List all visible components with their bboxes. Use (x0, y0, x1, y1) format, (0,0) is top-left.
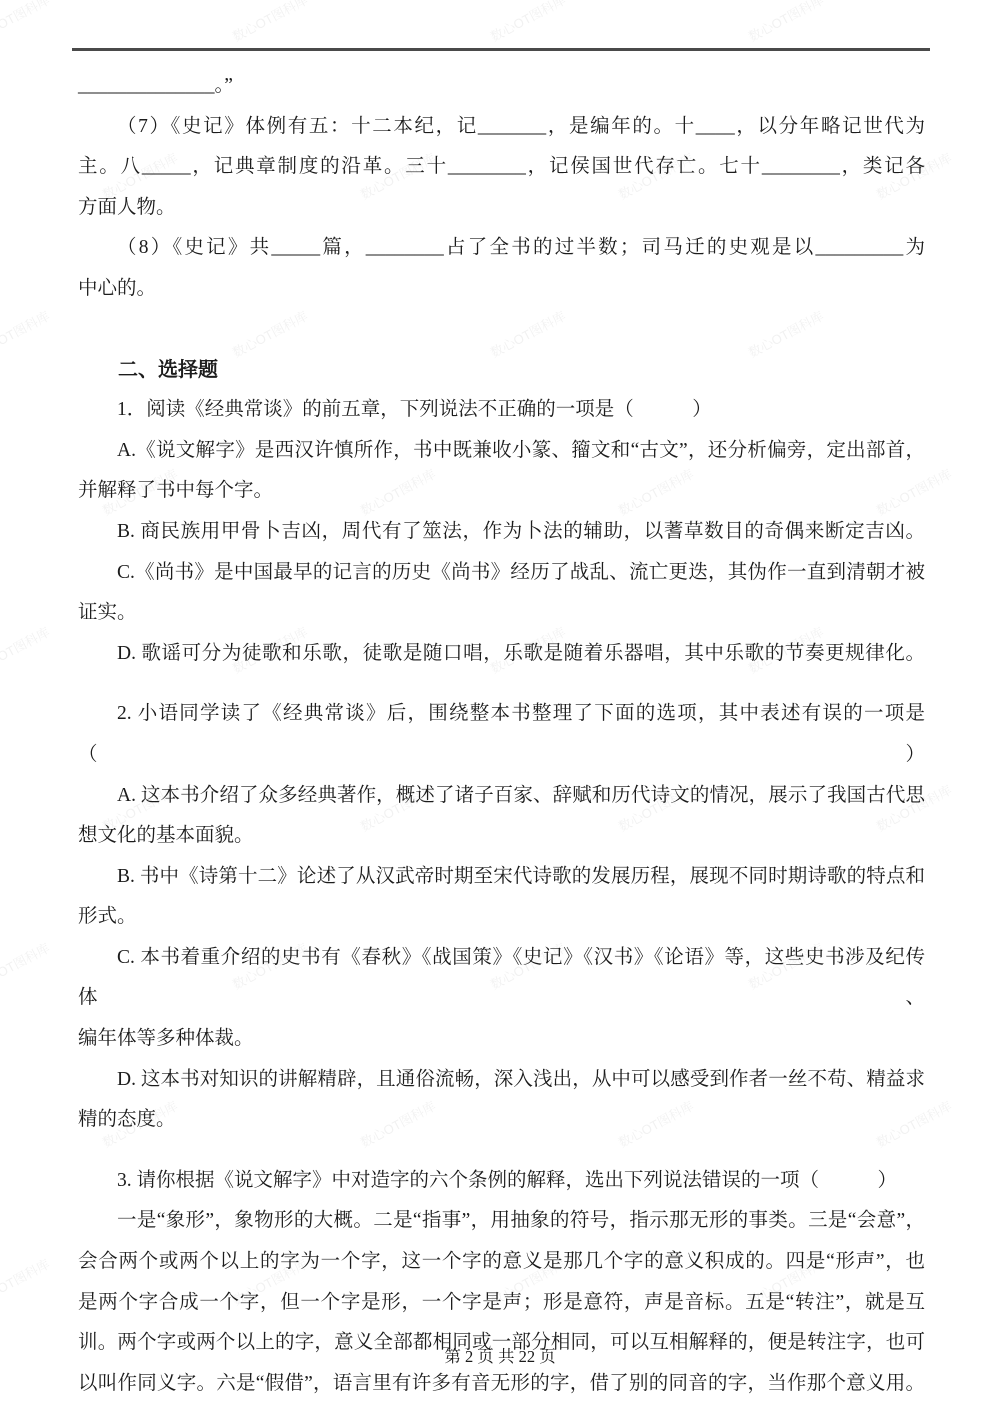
text-line: D. 这本书对知识的讲解精辟，且通俗流畅，深入浅出，从中可以感受到作者一丝不苟、… (78, 1060, 925, 1101)
watermark-text: 数心OT图科库 (0, 306, 53, 362)
text-line: 编年体等多种体裁。 (78, 1019, 925, 1060)
text-line: A. 这本书介绍了众多经典著作，概述了诸子百家、辞赋和历代诗文的情况，展示了我国… (78, 776, 925, 817)
text-line: B. 书中《诗第十二》论述了从汉武帝时期至宋代诗歌的发展历程，展现不同时期诗歌的… (78, 857, 925, 898)
text-line: ______________。” (78, 66, 925, 107)
text-line: （7）《史记》体例有五：十二本纪，记_______，是编年的。十____，以分年… (78, 107, 925, 148)
text-line: 方面人物。 (78, 188, 925, 229)
text-line: 会合两个或两个以上的字为一个字，这一个字的意义是那几个字的意义积成的。四是“形声… (78, 1242, 925, 1283)
text-line: 是两个字合成一个字，但一个字是形，一个字是声；形是意符，声是音标。五是“转注”，… (78, 1283, 925, 1324)
watermark-text: 数心OT图科库 (0, 1254, 53, 1310)
paragraph-spacer (78, 310, 925, 350)
paragraph-spacer (78, 674, 925, 694)
text-line: 2. 小语同学读了《经典常谈》后，围绕整本书整理了下面的选项，其中表述有误的一项… (78, 694, 925, 775)
document-body: ______________。”（7）《史记》体例有五：十二本纪，记______… (78, 66, 925, 1404)
text-line: 中心的。 (78, 269, 925, 310)
text-line: 想文化的基本面貌。 (78, 816, 925, 857)
text-line: 并解释了书中每个字。 (78, 471, 925, 512)
text-line: （8）《史记》共_____篇，________占了全书的过半数；司马迁的史观是以… (78, 228, 925, 269)
text-line: 形式。 (78, 897, 925, 938)
text-line: 一是“象形”，象物形的大概。二是“指事”，用抽象的符号，指示那无形的事类。三是“… (78, 1201, 925, 1242)
text-line: C. 本书着重介绍的史书有《春秋》《战国策》《史记》《汉书》《论语》等，这些史书… (78, 938, 925, 1019)
watermark-text: 数心OT图科库 (486, 0, 568, 45)
document-page: 数心OT图科库数心OT图科库数心OT图科库数心OT图科库数心OT图科库数心OT图… (0, 0, 1000, 1414)
text-line: 以叫作同义字。六是“假借”，语言里有许多有音无形的字，借了别的同音的字，当作那个… (78, 1364, 925, 1405)
text-line: A.《说文解字》是西汉许慎所作，书中既兼收小篆、籀文和“古文”，还分析偏旁，定出… (78, 431, 925, 472)
section-heading: 二、选择题 (78, 350, 925, 391)
text-line: 主。八_____，记典章制度的沿革。三十________，记侯国世代存亡。七十_… (78, 147, 925, 188)
text-line: C.《尚书》是中国最早的记言的历史《尚书》经历了战乱、流亡更迭，其伪作一直到清朝… (78, 553, 925, 594)
text-line: 3. 请你根据《说文解字》中对造字的六个条例的解释，选出下列说法错误的一项（ ） (78, 1161, 925, 1202)
watermark-text: 数心OT图科库 (0, 622, 53, 678)
text-line: 1．阅读《经典常谈》的前五章，下列说法不正确的一项是（ ） (78, 390, 925, 431)
text-line: B. 商民族用甲骨卜吉凶，周代有了筮法，作为卜法的辅助，以蓍草数目的奇偶来断定吉… (78, 512, 925, 553)
text-line: 精的态度。 (78, 1100, 925, 1141)
paragraph-spacer (78, 1141, 925, 1161)
watermark-text: 数心OT图科库 (228, 0, 310, 45)
watermark-text: 数心OT图科库 (0, 938, 53, 994)
page-footer: 第 2 页 共 22 页 (0, 1343, 1000, 1367)
watermark-text: 数心OT图科库 (0, 0, 53, 45)
text-line: 证实。 (78, 593, 925, 634)
watermark-text: 数心OT图科库 (744, 0, 826, 45)
header-rule (72, 48, 930, 51)
text-line: D. 歌谣可分为徒歌和乐歌，徒歌是随口唱，乐歌是随着乐器唱，其中乐歌的节奏更规律… (78, 634, 925, 675)
